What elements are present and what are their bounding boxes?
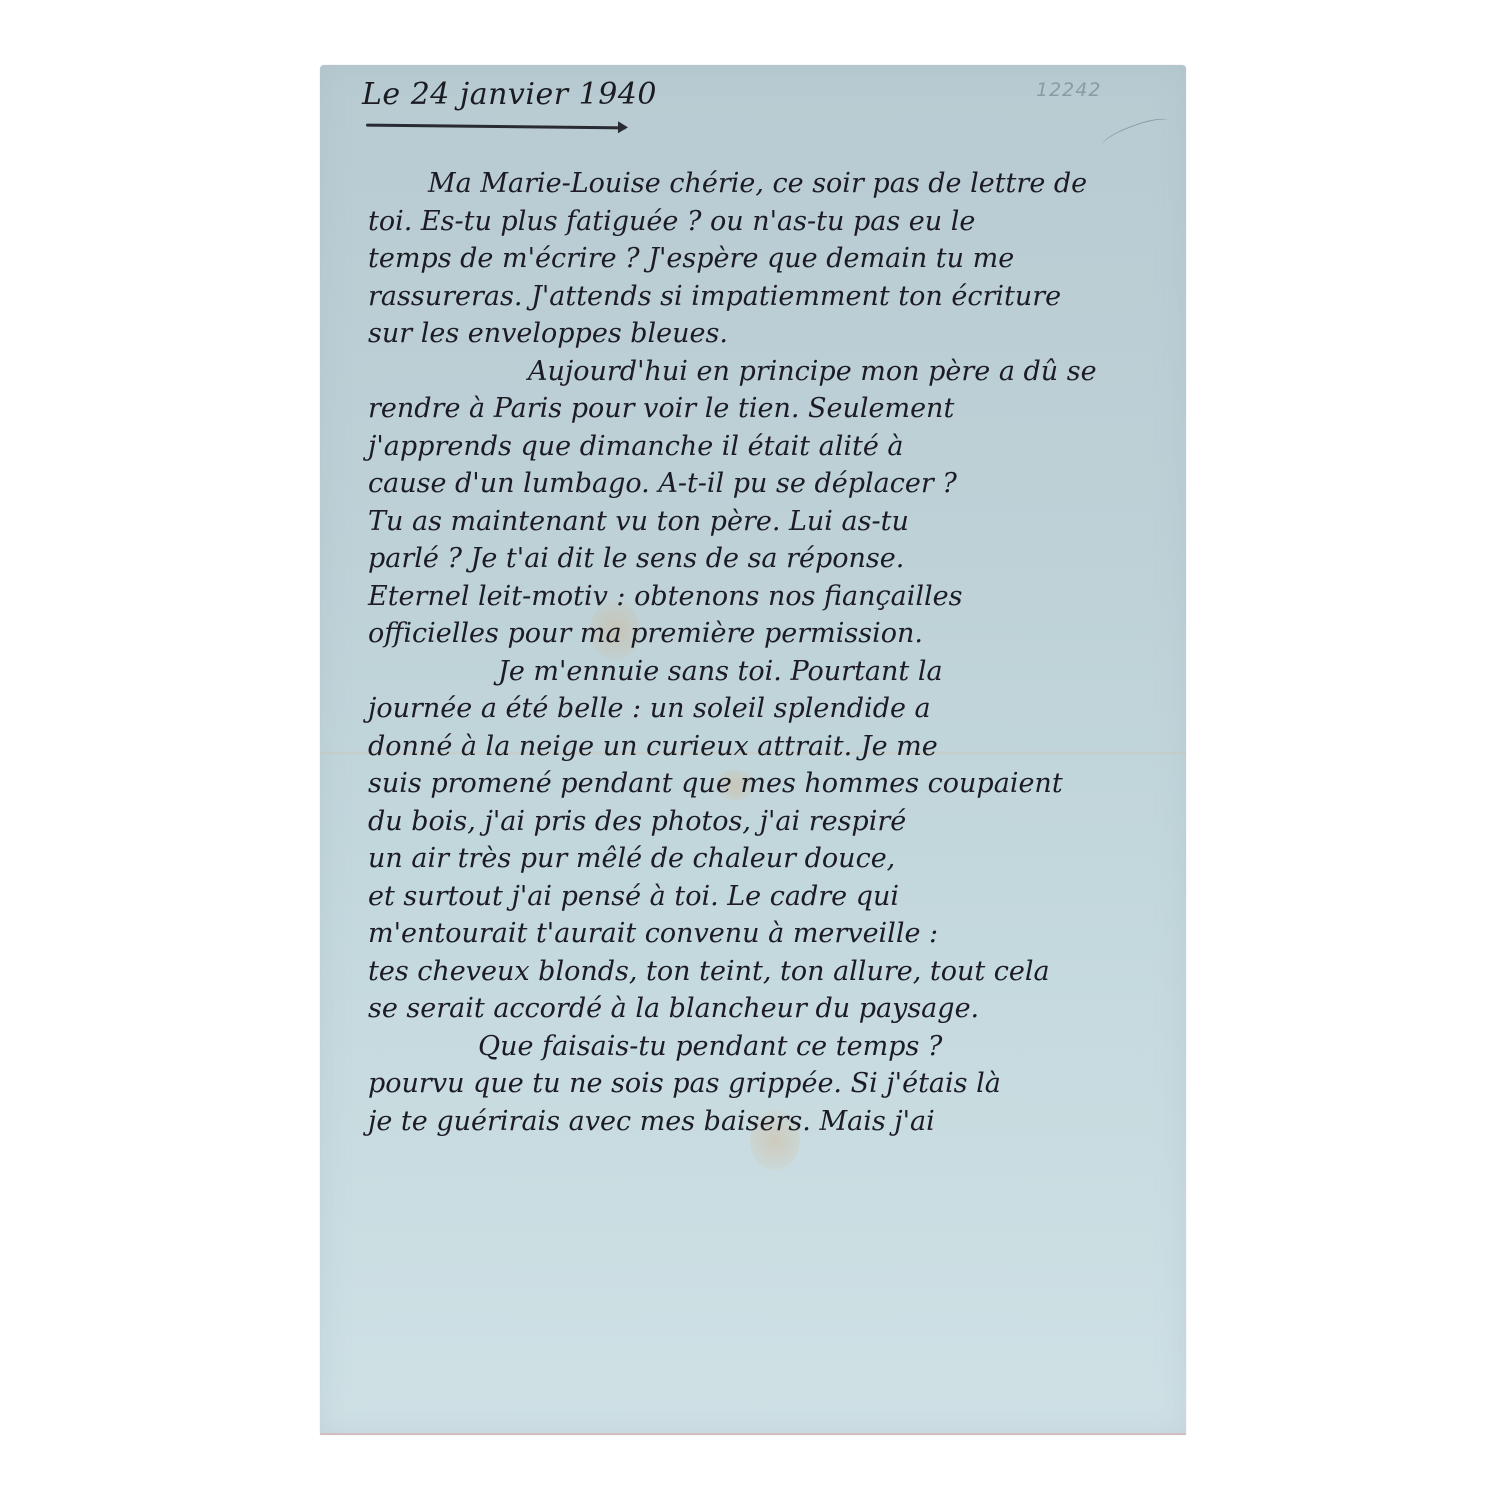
letter-line: rendre à Paris pour voir le tien. Seulem… — [368, 390, 1168, 428]
letter-line: Eternel leit-motiv : obtenons nos fiança… — [368, 578, 1168, 616]
letter-line: Tu as maintenant vu ton père. Lui as-tu — [368, 503, 1168, 541]
letter-body: Ma Marie-Louise chérie, ce soir pas de l… — [368, 165, 1168, 1140]
letter-line: suis promené pendant que mes hommes coup… — [368, 765, 1168, 803]
letter-line: Aujourd'hui en principe mon père a dû se — [368, 353, 1168, 391]
letter-page: Le 24 janvier 1940 12242 Ma Marie-Louise… — [320, 65, 1186, 1435]
archive-number: 12242 — [1036, 79, 1101, 101]
letter-line: m'entourait t'aurait convenu à merveille… — [368, 915, 1168, 953]
letter-line: j'apprends que dimanche il était alité à — [368, 428, 1168, 466]
letter-line: cause d'un lumbago. A-t-il pu se déplace… — [368, 465, 1168, 503]
letter-line: un air très pur mêlé de chaleur douce, — [368, 840, 1168, 878]
letter-date: Le 24 janvier 1940 — [362, 77, 657, 112]
letter-line: tes cheveux blonds, ton teint, ton allur… — [368, 953, 1168, 991]
pencil-mark — [1099, 115, 1171, 153]
letter-line: donné à la neige un curieux attrait. Je … — [368, 728, 1168, 766]
letter-line: Que faisais-tu pendant ce temps ? — [368, 1028, 1168, 1066]
letter-line: Je m'ennuie sans toi. Pourtant la — [368, 653, 1168, 691]
letter-line: toi. Es-tu plus fatiguée ? ou n'as-tu pa… — [368, 203, 1168, 241]
letter-line: se serait accordé à la blancheur du pays… — [368, 990, 1168, 1028]
date-underline-arrow — [366, 124, 626, 130]
letter-line: rassureras. J'attends si impatiemment to… — [368, 278, 1168, 316]
letter-line: temps de m'écrire ? J'espère que demain … — [368, 240, 1168, 278]
letter-line: officielles pour ma première permission. — [368, 615, 1168, 653]
letter-line: parlé ? Je t'ai dit le sens de sa répons… — [368, 540, 1168, 578]
letter-line: pourvu que tu ne sois pas grippée. Si j'… — [368, 1065, 1168, 1103]
letter-line: Ma Marie-Louise chérie, ce soir pas de l… — [368, 165, 1168, 203]
letter-line: et surtout j'ai pensé à toi. Le cadre qu… — [368, 878, 1168, 916]
letter-line: sur les enveloppes bleues. — [368, 315, 1168, 353]
letter-line: du bois, j'ai pris des photos, j'ai resp… — [368, 803, 1168, 841]
letter-line: journée a été belle : un soleil splendid… — [368, 690, 1168, 728]
letter-line: je te guérirais avec mes baisers. Mais j… — [368, 1103, 1168, 1141]
